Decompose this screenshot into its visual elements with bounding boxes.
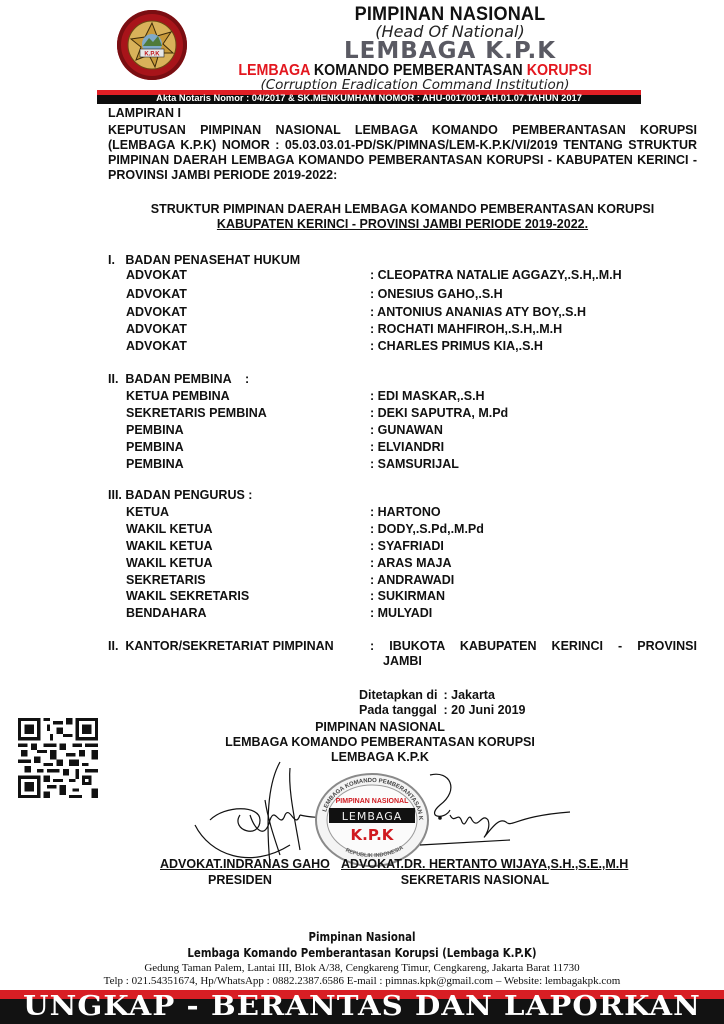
structure-title: STRUKTUR PIMPINAN DAERAH LEMBAGA KOMANDO…	[108, 202, 697, 232]
member-name: : ELVIANDRI	[370, 440, 444, 455]
member-name: : SAMSURIJAL	[370, 457, 459, 472]
member-role: ADVOKAT	[126, 339, 187, 354]
footer-title: Pimpinan Nasional	[54, 930, 669, 944]
decree-line: KEPUTUSAN PIMPINAN NASIONAL LEMBAGA KOMA…	[108, 123, 697, 138]
president-name: ADVOKAT.INDRANAS GAHO	[160, 857, 330, 872]
member-role: ADVOKAT	[126, 287, 187, 302]
member-role: WAKIL KETUA	[126, 556, 213, 571]
member-role: ADVOKAT	[126, 268, 187, 283]
member-role: SEKRETARIS PEMBINA	[126, 406, 267, 421]
header-org-short: LEMBAGA K.P.K	[290, 38, 610, 64]
office-value-line2: JAMBI	[370, 654, 697, 669]
member-role: ADVOKAT	[126, 322, 187, 337]
issued-date-value: : 20 Juni 2019	[444, 703, 526, 718]
structure-title-line1: STRUKTUR PIMPINAN DAERAH LEMBAGA KOMANDO…	[108, 202, 697, 217]
member-name: : EDI MASKAR,.S.H	[370, 389, 485, 404]
member-role: BENDAHARA	[126, 606, 207, 621]
member-name: : MULYADI	[370, 606, 432, 621]
signature-secretary-icon	[420, 770, 580, 850]
qr-code-icon	[18, 718, 98, 798]
signature-heading-line1: PIMPINAN NASIONAL	[180, 720, 580, 735]
member-name: : ANDRAWADI	[370, 573, 454, 588]
kpk-emblem-icon: K.P.K	[117, 10, 187, 80]
decree-line: PROVINSI JAMBI PERIODE 2019-2022:	[108, 168, 697, 183]
member-role: WAKIL KETUA	[126, 539, 213, 554]
member-name: : DODY,.S.Pd,.M.Pd	[370, 522, 484, 537]
issued-at-value: : Jakarta	[444, 688, 526, 703]
legal-reference: Akta Notaris Nomor : 04/2017 & SK.MENKUM…	[102, 93, 635, 105]
section-title-pengurus: III. BADAN PENGURUS :	[108, 488, 252, 503]
issuance-details: Ditetapkan di : Jakarta Pada tanggal : 2…	[359, 688, 526, 718]
issued-at-label: Ditetapkan di	[359, 688, 444, 703]
stamp-middle-text: LEMBAGA	[342, 810, 403, 823]
member-role: ADVOKAT	[126, 305, 187, 320]
office-label: II. KANTOR/SEKRETARIAT PIMPINAN	[108, 639, 334, 654]
member-role: WAKIL KETUA	[126, 522, 213, 537]
section-title-pembina: II. BADAN PEMBINA :	[108, 372, 249, 387]
secretary-role: SEKRETARIS NASIONAL	[345, 873, 605, 888]
member-name: : ONESIUS GAHO,.S.H	[370, 287, 503, 302]
official-stamp-icon: LEMBAGA KOMANDO PEMBERANTASAN KORUPSI PI…	[313, 770, 431, 870]
member-name: : HARTONO	[370, 505, 441, 520]
decree-line: (LEMBAGA K.P.K) NOMOR : 05.03.03.01-PD/S…	[108, 138, 697, 153]
issued-date-label: Pada tanggal	[359, 703, 444, 718]
signature-heading: PIMPINAN NASIONAL LEMBAGA KOMANDO PEMBER…	[180, 720, 580, 765]
decree-line: PIMPINAN DAERAH LEMBAGA KOMANDO PEMBERAN…	[108, 153, 697, 168]
member-role: PEMBINA	[126, 423, 184, 438]
svg-text:K.P.K: K.P.K	[144, 52, 160, 58]
decree-paragraph: KEPUTUSAN PIMPINAN NASIONAL LEMBAGA KOMA…	[108, 123, 697, 183]
structure-title-line2: KABUPATEN KERINCI - PROVINSI JAMBI PERIO…	[108, 217, 697, 232]
member-name: : ARAS MAJA	[370, 556, 451, 571]
office-value-line1: : IBUKOTA KABUPATEN KERINCI - PROVINSI	[370, 639, 697, 654]
member-name: : ROCHATI MAHFIROH,.S.H,.M.H	[370, 322, 562, 337]
signature-heading-line2: LEMBAGA KOMANDO PEMBERANTASAN KORUPSI	[180, 735, 580, 750]
section-title-penasehat: I. BADAN PENASEHAT HUKUM	[108, 253, 300, 268]
member-role: PEMBINA	[126, 440, 184, 455]
member-name: : CLEOPATRA NATALIE AGGAZY,.S.H,.M.H	[370, 268, 622, 283]
footer-slogan: UNGKAP - BERANTAS DAN LAPORKAN	[0, 991, 724, 1023]
footer-org: Lembaga Komando Pemberantasan Korupsi (L…	[54, 946, 669, 960]
footer-address: Gedung Taman Palem, Lantai III, Blok A/3…	[0, 962, 724, 974]
stamp-bottom-text: K.P.K	[351, 826, 395, 844]
office-value: : IBUKOTA KABUPATEN KERINCI - PROVINSI J…	[370, 639, 697, 669]
member-name: : ANTONIUS ANANIAS ATY BOY,.S.H	[370, 305, 586, 320]
lampiran-label: LAMPIRAN I	[108, 106, 181, 121]
member-name: : GUNAWAN	[370, 423, 443, 438]
member-role: WAKIL SEKRETARIS	[126, 589, 249, 604]
member-role: PEMBINA	[126, 457, 184, 472]
member-name: : CHARLES PRIMUS KIA,.S.H	[370, 339, 543, 354]
footer-contact: Telp : 021.54351674, Hp/WhatsApp : 0882.…	[0, 975, 724, 987]
member-role: KETUA PEMBINA	[126, 389, 230, 404]
member-role: KETUA	[126, 505, 169, 520]
member-role: SEKRETARIS	[126, 573, 206, 588]
stamp-top-text: PIMPINAN NASIONAL	[336, 798, 409, 805]
member-name: : SYAFRIADI	[370, 539, 444, 554]
member-name: : SUKIRMAN	[370, 589, 445, 604]
president-role: PRESIDEN	[160, 873, 320, 888]
secretary-name: ADVOKAT.DR. HERTANTO WIJAYA,S.H.,S.E.,M.…	[341, 857, 628, 872]
member-name: : DEKI SAPUTRA, M.Pd	[370, 406, 508, 421]
